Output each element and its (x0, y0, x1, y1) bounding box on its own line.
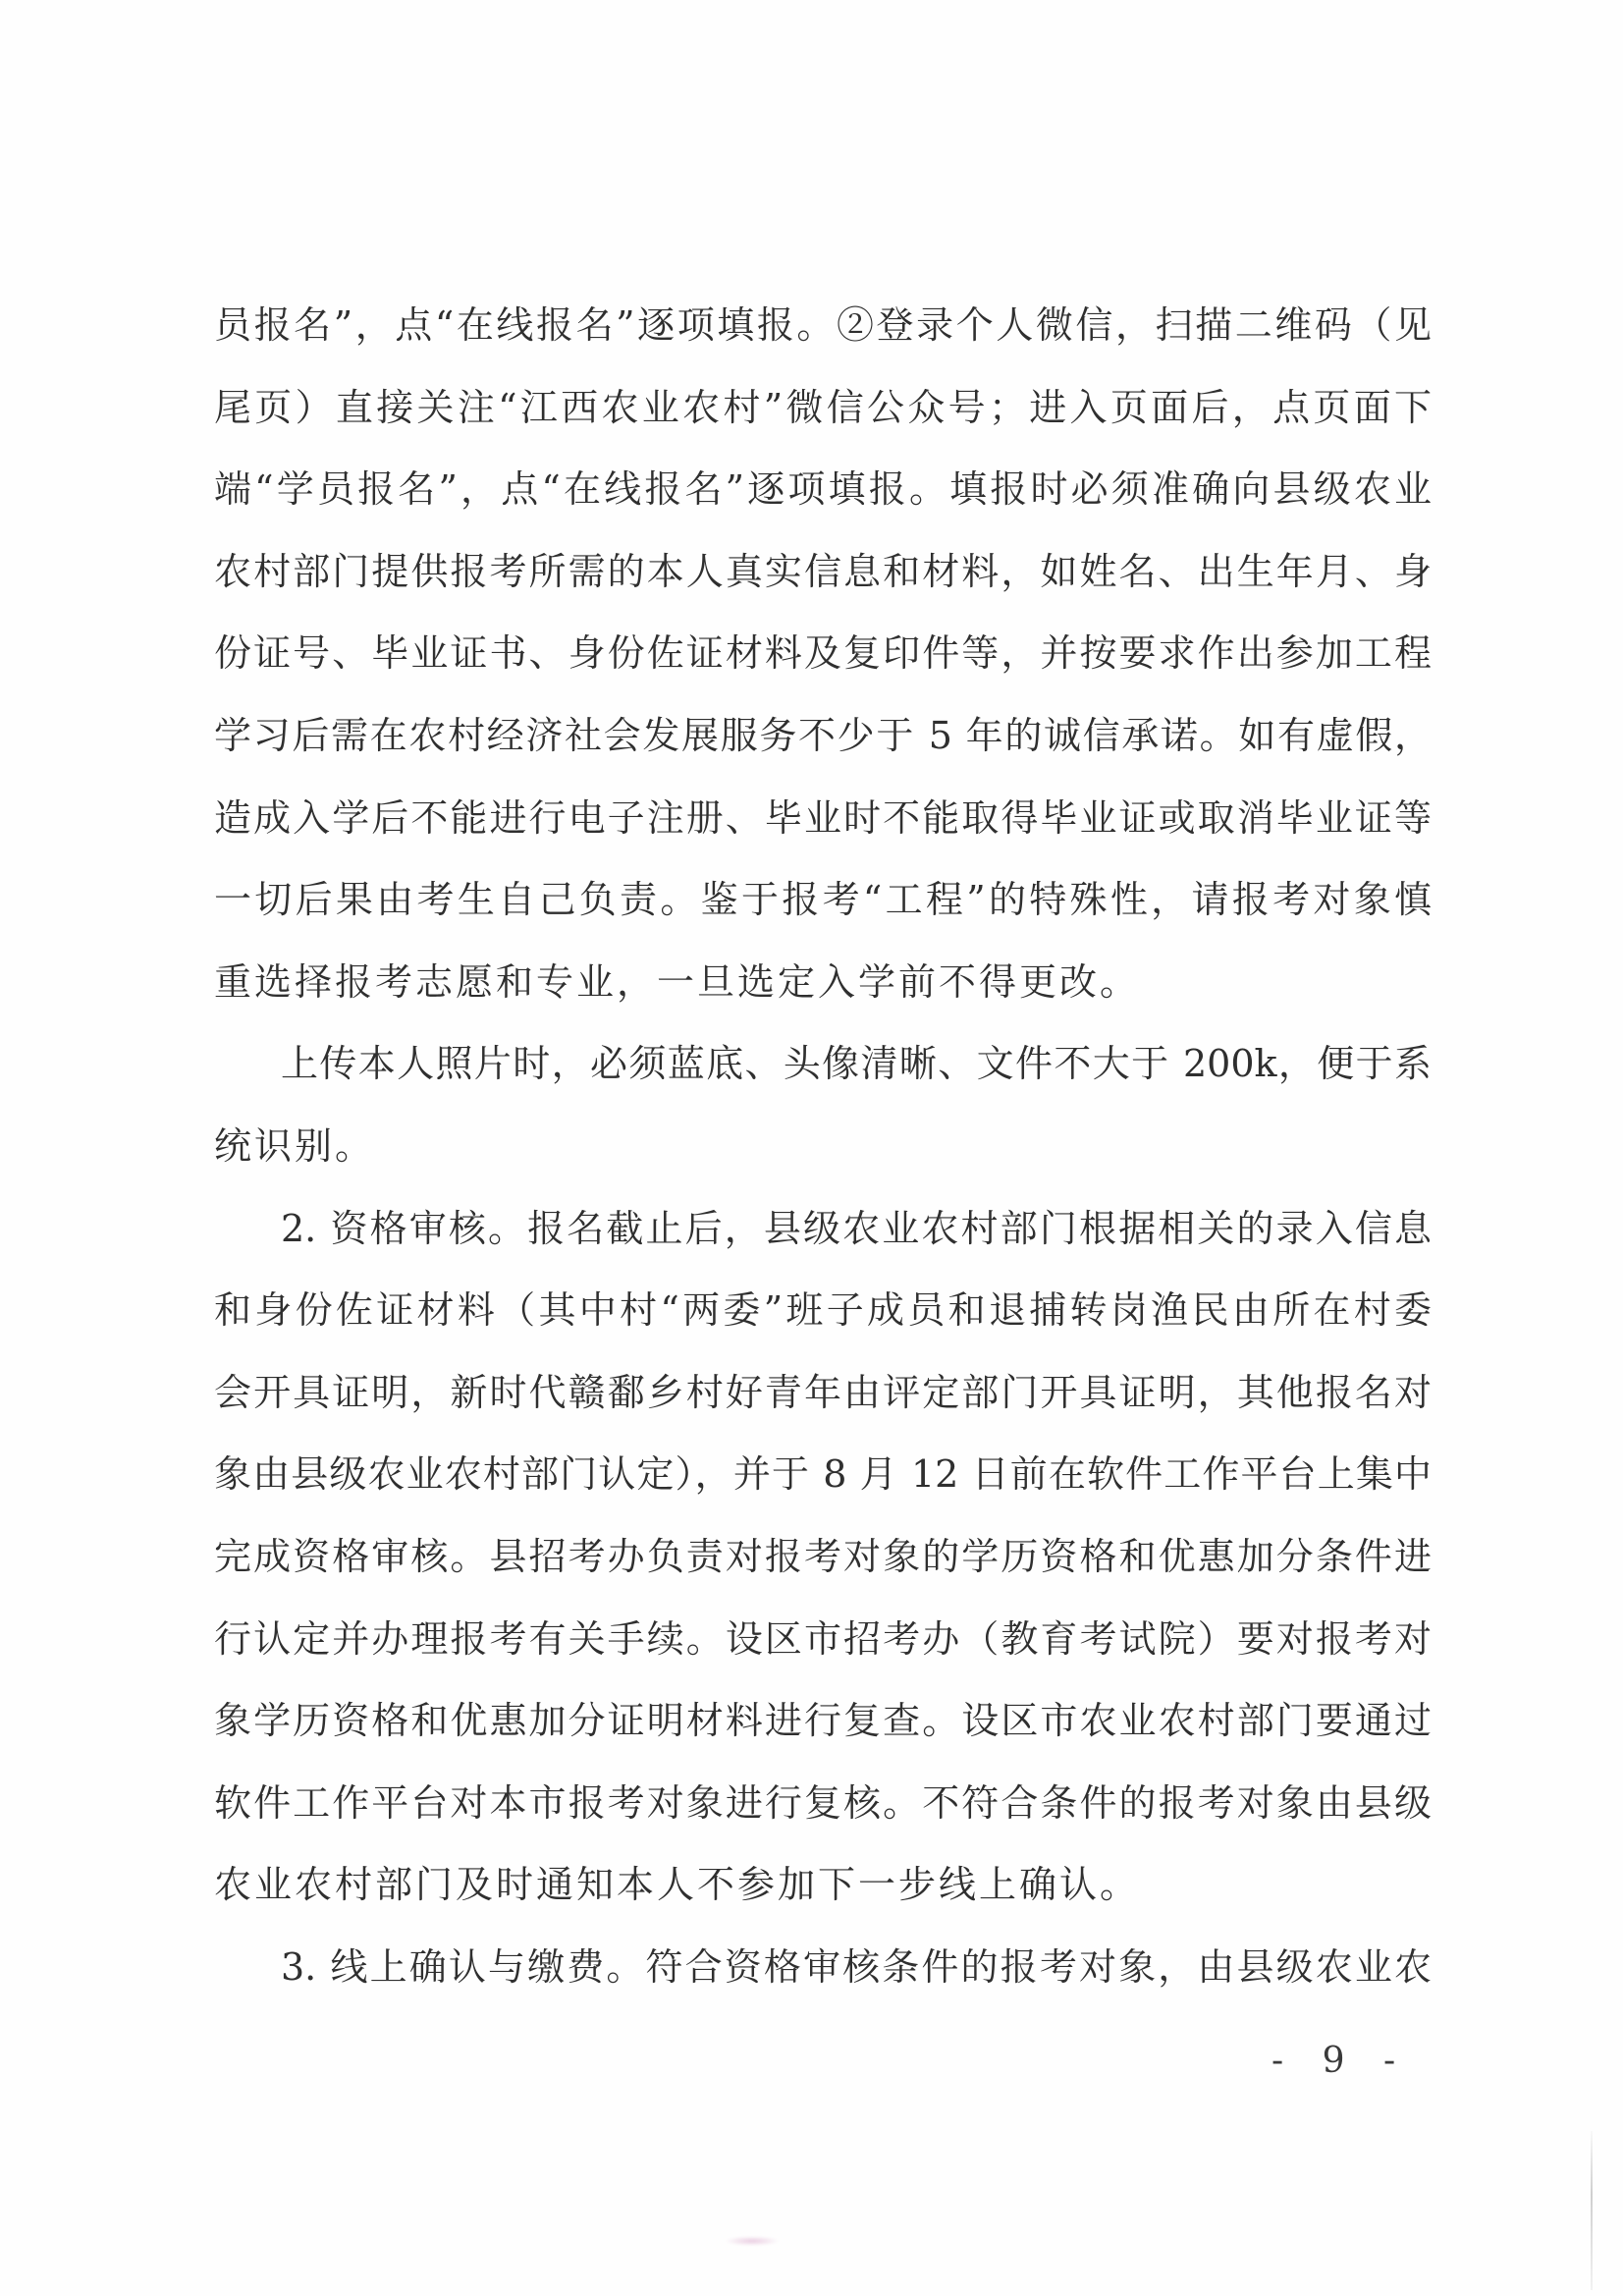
text-line: 完成资格审核。县招考办负责对报考对象的学历资格和优惠加分条件进 (214, 1516, 1432, 1599)
document-page: 员报名”，点“在线报名”逐项填报。②登录个人微信，扫描二维码（见尾页）直接关注“… (0, 0, 1623, 2296)
text-line: 端“学员报名”，点“在线报名”逐项填报。填报时必须准确向县级农业 (214, 449, 1432, 531)
text-line: 2. 资格审核。报名截止后，县级农业农村部门根据相关的录入信息 (214, 1188, 1432, 1271)
text-line: 象学历资格和优惠加分证明材料进行复查。设区市农业农村部门要通过 (214, 1680, 1432, 1763)
page-number: - 9 - (1271, 2041, 1404, 2081)
text-block: 员报名”，点“在线报名”逐项填报。②登录个人微信，扫描二维码（见尾页）直接关注“… (214, 285, 1432, 2008)
text-line: 行认定并办理报考有关手续。设区市招考办（教育考试院）要对报考对 (214, 1599, 1432, 1681)
text-line: 象由县级农业农村部门认定），并于 8 月 12 日前在软件工作平台上集中 (214, 1434, 1432, 1516)
text-line: 软件工作平台对本市报考对象进行复核。不符合条件的报考对象由县级 (214, 1763, 1432, 1845)
text-line: 重选择报考志愿和专业，一旦选定入学前不得更改。 (214, 942, 1432, 1024)
text-line: 3. 线上确认与缴费。符合资格审核条件的报考对象，由县级农业农 (214, 1927, 1432, 2009)
scan-edge-artifact (1591, 2131, 1593, 2290)
text-line: 学习后需在农村经济社会发展服务不少于 5 年的诚信承诺。如有虚假， (214, 695, 1432, 778)
text-line: 尾页）直接关注“江西农业农村”微信公众号；进入页面后，点页面下 (214, 367, 1432, 450)
text-line: 统识别。 (214, 1106, 1432, 1188)
text-line: 上传本人照片时，必须蓝底、头像清晰、文件不大于 200k，便于系 (214, 1023, 1432, 1106)
text-line: 农村部门提供报考所需的本人真实信息和材料，如姓名、出生年月、身 (214, 531, 1432, 614)
scan-smudge-artifact (725, 2236, 780, 2246)
text-line: 和身份佐证材料（其中村“两委”班子成员和退捕转岗渔民由所在村委 (214, 1270, 1432, 1352)
text-line: 会开具证明，新时代赣鄱乡村好青年由评定部门开具证明，其他报名对 (214, 1352, 1432, 1435)
text-line: 份证号、毕业证书、身份佐证材料及复印件等，并按要求作出参加工程 (214, 613, 1432, 695)
text-line: 农业农村部门及时通知本人不参加下一步线上确认。 (214, 1844, 1432, 1927)
text-line: 一切后果由考生自己负责。鉴于报考“工程”的特殊性，请报考对象慎 (214, 859, 1432, 942)
text-line: 员报名”，点“在线报名”逐项填报。②登录个人微信，扫描二维码（见 (214, 285, 1432, 367)
text-line: 造成入学后不能进行电子注册、毕业时不能取得毕业证或取消毕业证等 (214, 778, 1432, 860)
